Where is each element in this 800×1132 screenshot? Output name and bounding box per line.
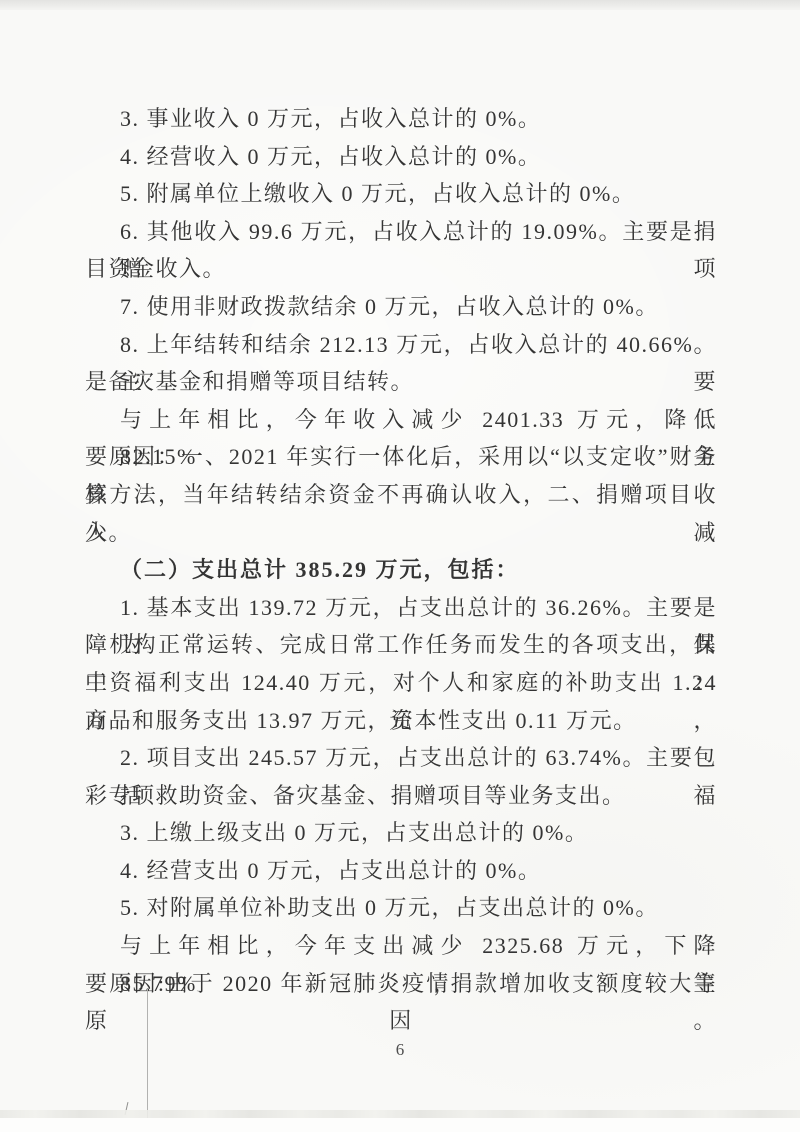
page-number: 6 bbox=[0, 1038, 800, 1062]
scan-bottom-margin bbox=[0, 1118, 800, 1132]
text-line: 3. 上缴上级支出 0 万元，占支出总计的 0%。 bbox=[85, 814, 717, 852]
text-line: 算方法，当年结转结余资金不再确认收入，二、捐赠项目收入减 bbox=[85, 476, 717, 514]
text-line: 障机构正常运转、完成日常工作任务而发生的各项支出，其中： bbox=[85, 626, 717, 664]
text-line: 商品和服务支出 13.97 万元，资本性支出 0.11 万元。 bbox=[85, 702, 717, 740]
text-line: 7. 使用非财政拨款结余 0 万元，占收入总计的 0%。 bbox=[85, 288, 717, 326]
text-line: 4. 经营支出 0 万元，占支出总计的 0%。 bbox=[85, 852, 717, 890]
text-line: 2. 项目支出 245.57 万元，占支出总计的 63.74%。主要包括福 bbox=[85, 739, 717, 777]
text-line: 1. 基本支出 139.72 万元，占支出总计的 36.26%。主要是为保 bbox=[85, 589, 717, 627]
scanned-document-page: 3. 事业收入 0 万元，占收入总计的 0%。4. 经营收入 0 万元，占收入总… bbox=[0, 0, 800, 1132]
text-line: 工资福利支出 124.40 万元，对个人和家庭的补助支出 1.24 万元， bbox=[85, 664, 717, 702]
scan-bottom-edge bbox=[0, 1110, 800, 1118]
text-line: 彩专项救助资金、备灾基金、捐赠项目等业务支出。 bbox=[85, 777, 717, 815]
text-line: （二）支出总计 385.29 万元，包括： bbox=[85, 551, 717, 589]
text-line: 5. 对附属单位补助支出 0 万元，占支出总计的 0%。 bbox=[85, 889, 717, 927]
text-line: 与上年相比，今年收入减少 2401.33 万元，降低 82.15%，主 bbox=[85, 401, 717, 439]
document-body: 3. 事业收入 0 万元，占收入总计的 0%。4. 经营收入 0 万元，占收入总… bbox=[85, 100, 717, 1002]
text-line: 要原因:由于 2020 年新冠肺炎疫情捐款增加收支额度较大等原因。 bbox=[85, 965, 717, 1003]
text-line: 8. 上年结转和结余 212.13 万元，占收入总计的 40.66%。主要 bbox=[85, 326, 717, 364]
text-line: 要原因：一、2021 年实行一体化后，采用以“以支定收”财务核 bbox=[85, 438, 717, 476]
text-line: 3. 事业收入 0 万元，占收入总计的 0%。 bbox=[85, 100, 717, 138]
scan-artifact-vertical-line bbox=[147, 989, 148, 1121]
text-line: 与上年相比，今年支出减少 2325.68 万元，下降 85.79%，主 bbox=[85, 927, 717, 965]
scan-top-edge bbox=[0, 0, 800, 10]
text-line: 5. 附属单位上缴收入 0 万元，占收入总计的 0%。 bbox=[85, 175, 717, 213]
text-line: 4. 经营收入 0 万元，占收入总计的 0%。 bbox=[85, 138, 717, 176]
text-line: 6. 其他收入 99.6 万元，占收入总计的 19.09%。主要是捐赠项 bbox=[85, 213, 717, 251]
